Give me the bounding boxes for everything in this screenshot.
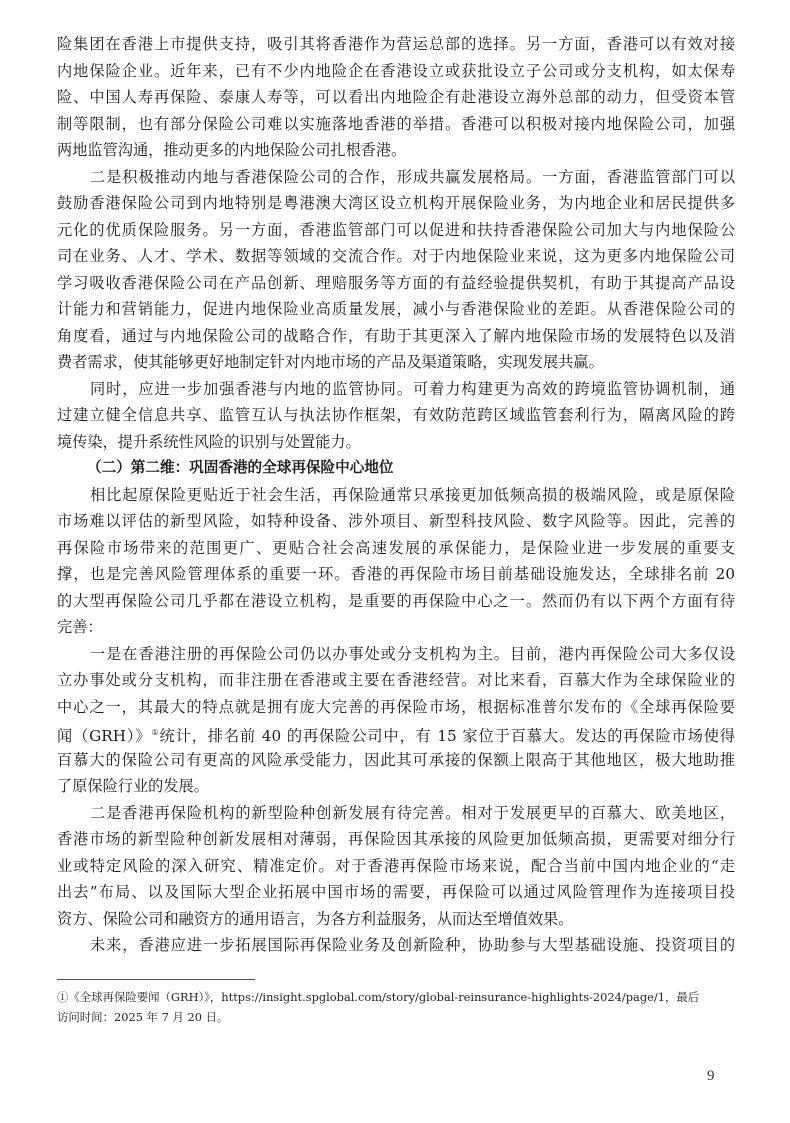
paragraph-line: 制等限制，也有部分保险公司难以实施落地香港的举措。香港可以积极对接内地保险公司，…	[57, 111, 735, 138]
paragraph-line: 出去”布局、以及国际大型企业拓展中国市场的需要，再保险可以通过风险管理作为连接项…	[57, 879, 735, 906]
paragraph-line: 角度看，通过与内地保险公司的战略合作，有助于其更深入了解内地保险市场的发展特色以…	[57, 323, 735, 350]
paragraph-first-line: 一是在香港注册的再保险公司仍以办事处或分支机构为主。目前，港内再保险公司大多仅设	[57, 641, 735, 668]
paragraph-first-line: 同时，应进一步加强香港与内地的监管协同。可着力构建更为高效的跨境监管协调机制，通	[57, 376, 735, 403]
paragraph-last-line: 境传染，提升系统性风险的识别与处置能力。	[57, 429, 735, 456]
page-number: 9	[707, 1068, 715, 1085]
paragraph-line: 鼓励香港保险公司到内地特别是粤港澳大湾区设立机构开展保险业务，为内地企业和居民提…	[57, 190, 735, 217]
footnote-divider	[57, 979, 255, 980]
paragraph-line: 计能力和营销能力，促进内地保险业高质量发展，减小与香港保险业的差距。从香港保险公…	[57, 296, 735, 323]
footnote-marker[interactable]: ①	[151, 728, 159, 737]
paragraph-line: 元化的优质保险服务。另一方面，香港监管部门可以促进和扶持香港保险公司加大与内地保…	[57, 217, 735, 244]
paragraph-line-with-footnote-ref: 闻（GRH）》①统计，排名前 40 的再保险公司中，有 15 家位于百慕大。发达…	[57, 720, 735, 747]
line-text: 闻（GRH）》	[57, 727, 151, 745]
paragraph-line: 学习吸收香港保险公司在产品创新、理赔服务等方面的有益经验提供契机，有助于其提高产…	[57, 270, 735, 297]
paragraph-line: 内地保险企业。近年来，已有不少内地险企在香港设立或获批设立子公司或分支机构，如太…	[57, 58, 735, 85]
paragraph-line: 立办事处或分支机构，而非注册在香港或主要在香港经营。对比来看，百慕大作为全球保险…	[57, 667, 735, 694]
paragraph-line: 险集团在香港上市提供支持，吸引其将香港作为营运总部的选择。另一方面，香港可以有效…	[57, 31, 735, 58]
paragraph-first-line: 二是积极推动内地与香港保险公司的合作，形成共赢发展格局。一方面，香港监管部门可以	[57, 164, 735, 191]
paragraph-line: 司在业务、人才、学术、数据等领域的交流合作。对于内地保险业来说，这为更多内地保险…	[57, 243, 735, 270]
paragraph-line: 百慕大的保险公司有更高的风险承受能力，因此其可承接的保额上限高于其他地区，极大地…	[57, 747, 735, 774]
paragraph-line: 的大型再保险公司几乎都在港设立机构，是重要的再保险中心之一。然而仍有以下两个方面…	[57, 588, 735, 615]
paragraph-line: 险、中国人寿再保险、泰康人寿等，可以看出内地险企有赴港设立海外总部的动力，但受资…	[57, 84, 735, 111]
paragraph-line: 过建立健全信息共享、监管互认与执法协作框架，有效防范跨区域监管套利行为，隔离风险…	[57, 402, 735, 429]
body-text: 险集团在香港上市提供支持，吸引其将香港作为营运总部的选择。另一方面，香港可以有效…	[57, 31, 735, 959]
paragraph-line: 中心之一，其最大的特点就是拥有庞大完善的再保险市场，根据标准普尔发布的《全球再保…	[57, 694, 735, 721]
paragraph-last-line: 两地监管沟通，推动更多的内地保险公司扎根香港。	[57, 137, 735, 164]
paragraph-first-line: 未来，香港应进一步拓展国际再保险业务及创新险种，协助参与大型基础设施、投资项目的	[57, 932, 735, 959]
line-text: 统计，排名前 40 的再保险公司中，有 15 家位于百慕大。发达的再保险市场使得	[160, 727, 735, 745]
paragraph-line: 市场难以评估的新型风险，如特种设备、涉外项目、新型科技风险、数字风险等。因此，完…	[57, 508, 735, 535]
document-page: 险集团在香港上市提供支持，吸引其将香港作为营运总部的选择。另一方面，香港可以有效…	[0, 0, 790, 1123]
section-heading: （二）第二维：巩固香港的全球再保险中心地位	[57, 455, 735, 482]
footnote: ①《全球再保险要闻（GRH）》，https://insight.spglobal…	[57, 987, 737, 1027]
paragraph-last-line: 完善：	[57, 614, 735, 641]
paragraph-first-line: 相比起原保险更贴近于社会生活，再保险通常只承接更加低频高损的极端风险，或是原保险	[57, 482, 735, 509]
paragraph-first-line: 二是香港再保险机构的新型险种创新发展有待完善。相对于发展更早的百慕大、欧美地区，	[57, 800, 735, 827]
paragraph-last-line: 资方、保险公司和融资方的通用语言，为各方利益服务，从而达至增值效果。	[57, 906, 735, 933]
paragraph-line: 再保险市场带来的范围更广、更贴合社会高速发展的承保能力，是保险业进一步发展的重要…	[57, 535, 735, 562]
footnote-line-2: 访问时间：2025 年 7 月 20 日。	[57, 1007, 737, 1027]
footnote-line-1: ①《全球再保险要闻（GRH）》，https://insight.spglobal…	[57, 987, 737, 1007]
paragraph-line: 业或特定风险的深入研究、精准定价。对于香港再保险市场来说，配合当前中国内地企业的…	[57, 853, 735, 880]
paragraph-last-line: 了原保险行业的发展。	[57, 773, 735, 800]
paragraph-line: 撑，也是完善风险管理体系的重要一环。香港的再保险市场目前基础设施发达，全球排名前…	[57, 561, 735, 588]
paragraph-last-line: 费者需求，使其能够更好地制定针对内地市场的产品及渠道策略，实现发展共赢。	[57, 349, 735, 376]
paragraph-line: 香港市场的新型险种创新发展相对薄弱，再保险因其承接的风险更加低频高损，更需要对细…	[57, 826, 735, 853]
